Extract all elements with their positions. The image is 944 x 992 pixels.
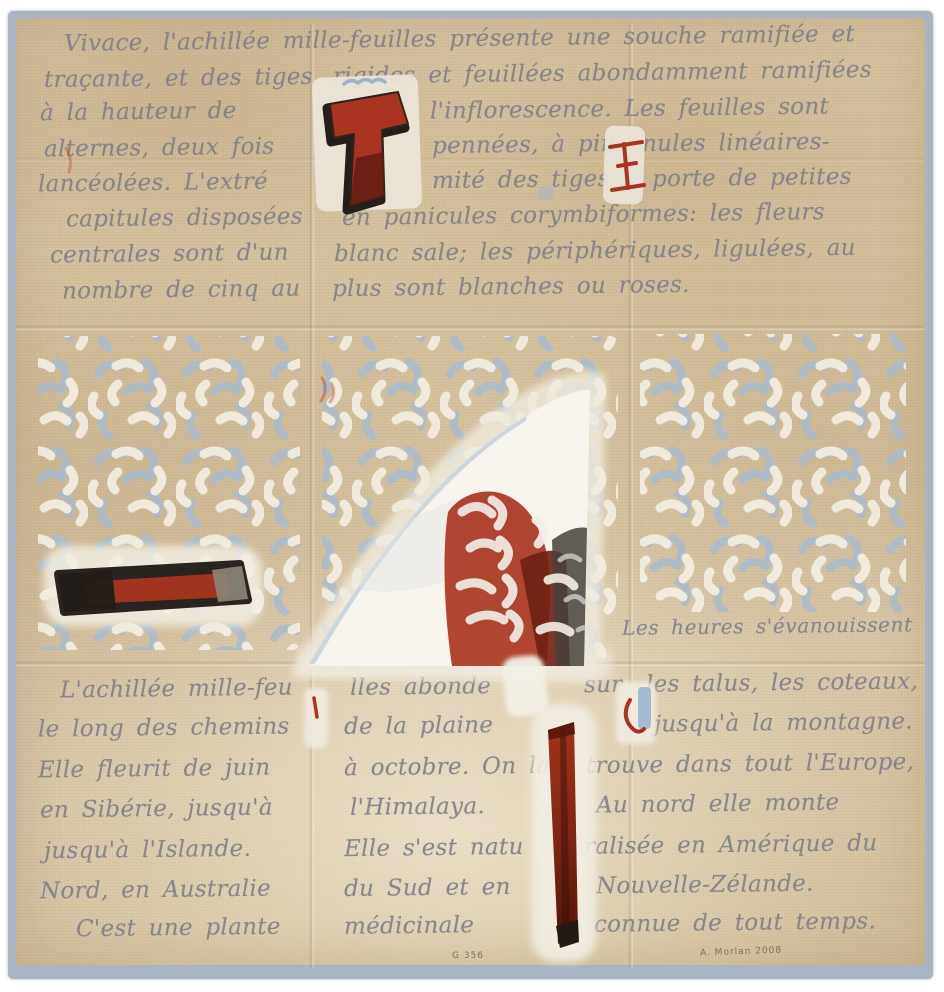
handwritten-line: jusqu'à l'Islande.: [44, 836, 251, 865]
handwritten-line: C'est une plante: [76, 914, 281, 942]
handwritten-phrase-hours: Les heures s'évanouissent: [622, 612, 913, 640]
catalog-number: G 356: [452, 951, 484, 961]
handwritten-line: L'achillée mille-feu: [60, 675, 293, 704]
handwritten-line: ralisée en Amérique du: [584, 830, 878, 860]
handwritten-line: mité des tiges: [432, 166, 610, 194]
fold-crease-horizontal-lower: [16, 661, 924, 667]
handwritten-line: connue de tout temps.: [594, 908, 876, 937]
handwritten-line: médicinale: [344, 912, 475, 940]
artwork-photo: Vivace, l'achillée mille-feuilles présen…: [0, 0, 944, 992]
handwritten-line: trouve dans tout l'Europe,: [586, 749, 914, 779]
handwritten-line: centrales sont d'un: [50, 240, 289, 269]
handwritten-line: lancéolées. L'extré: [38, 169, 268, 198]
handwritten-line: le long des chemins: [38, 713, 290, 742]
fold-crease-vertical-right: [628, 24, 634, 968]
fold-crease-vertical-left: [309, 24, 315, 968]
handwritten-line: l'inflorescence. Les feuilles sont: [430, 94, 829, 125]
handwritten-line: à la hauteur de: [40, 98, 237, 126]
handwritten-line: lles abonde: [350, 673, 491, 701]
handwritten-line: en Sibérie, jusqu'à: [40, 795, 273, 824]
handwritten-line: Elle s'est natu: [344, 834, 524, 862]
handwritten-line: nombre de cinq au: [62, 276, 301, 305]
handwritten-line: les talus, les coteaux,: [646, 668, 918, 697]
handwritten-line: Nouvelle-Zélande.: [596, 871, 814, 900]
handwritten-line: à octobre. On la: [344, 753, 551, 782]
handwritten-line: nules linéaires-: [642, 129, 830, 157]
handwritten-line: Elle fleurit de juin: [38, 755, 271, 784]
handwritten-line: de la plaine: [344, 712, 494, 740]
handwritten-line: alternes, deux fois: [44, 134, 275, 163]
handwritten-line: sur: [584, 672, 623, 698]
handwritten-line: pennées, à pin: [432, 131, 616, 159]
fold-crease-horizontal-upper: [16, 325, 924, 331]
handwritten-line: jusqu'à la montagne.: [654, 708, 913, 737]
handwritten-line: Au nord elle monte: [596, 790, 840, 819]
handwritten-line: plus sont blanches ou roses.: [332, 272, 690, 302]
handwritten-line: du Sud et en: [344, 874, 511, 902]
handwritten-line: capitules disposées: [66, 204, 303, 233]
handwritten-line: Nord, en Australie: [40, 876, 271, 905]
handwritten-line: l'Himalaya.: [350, 793, 485, 821]
handwritten-line: porte de petites: [652, 164, 852, 192]
